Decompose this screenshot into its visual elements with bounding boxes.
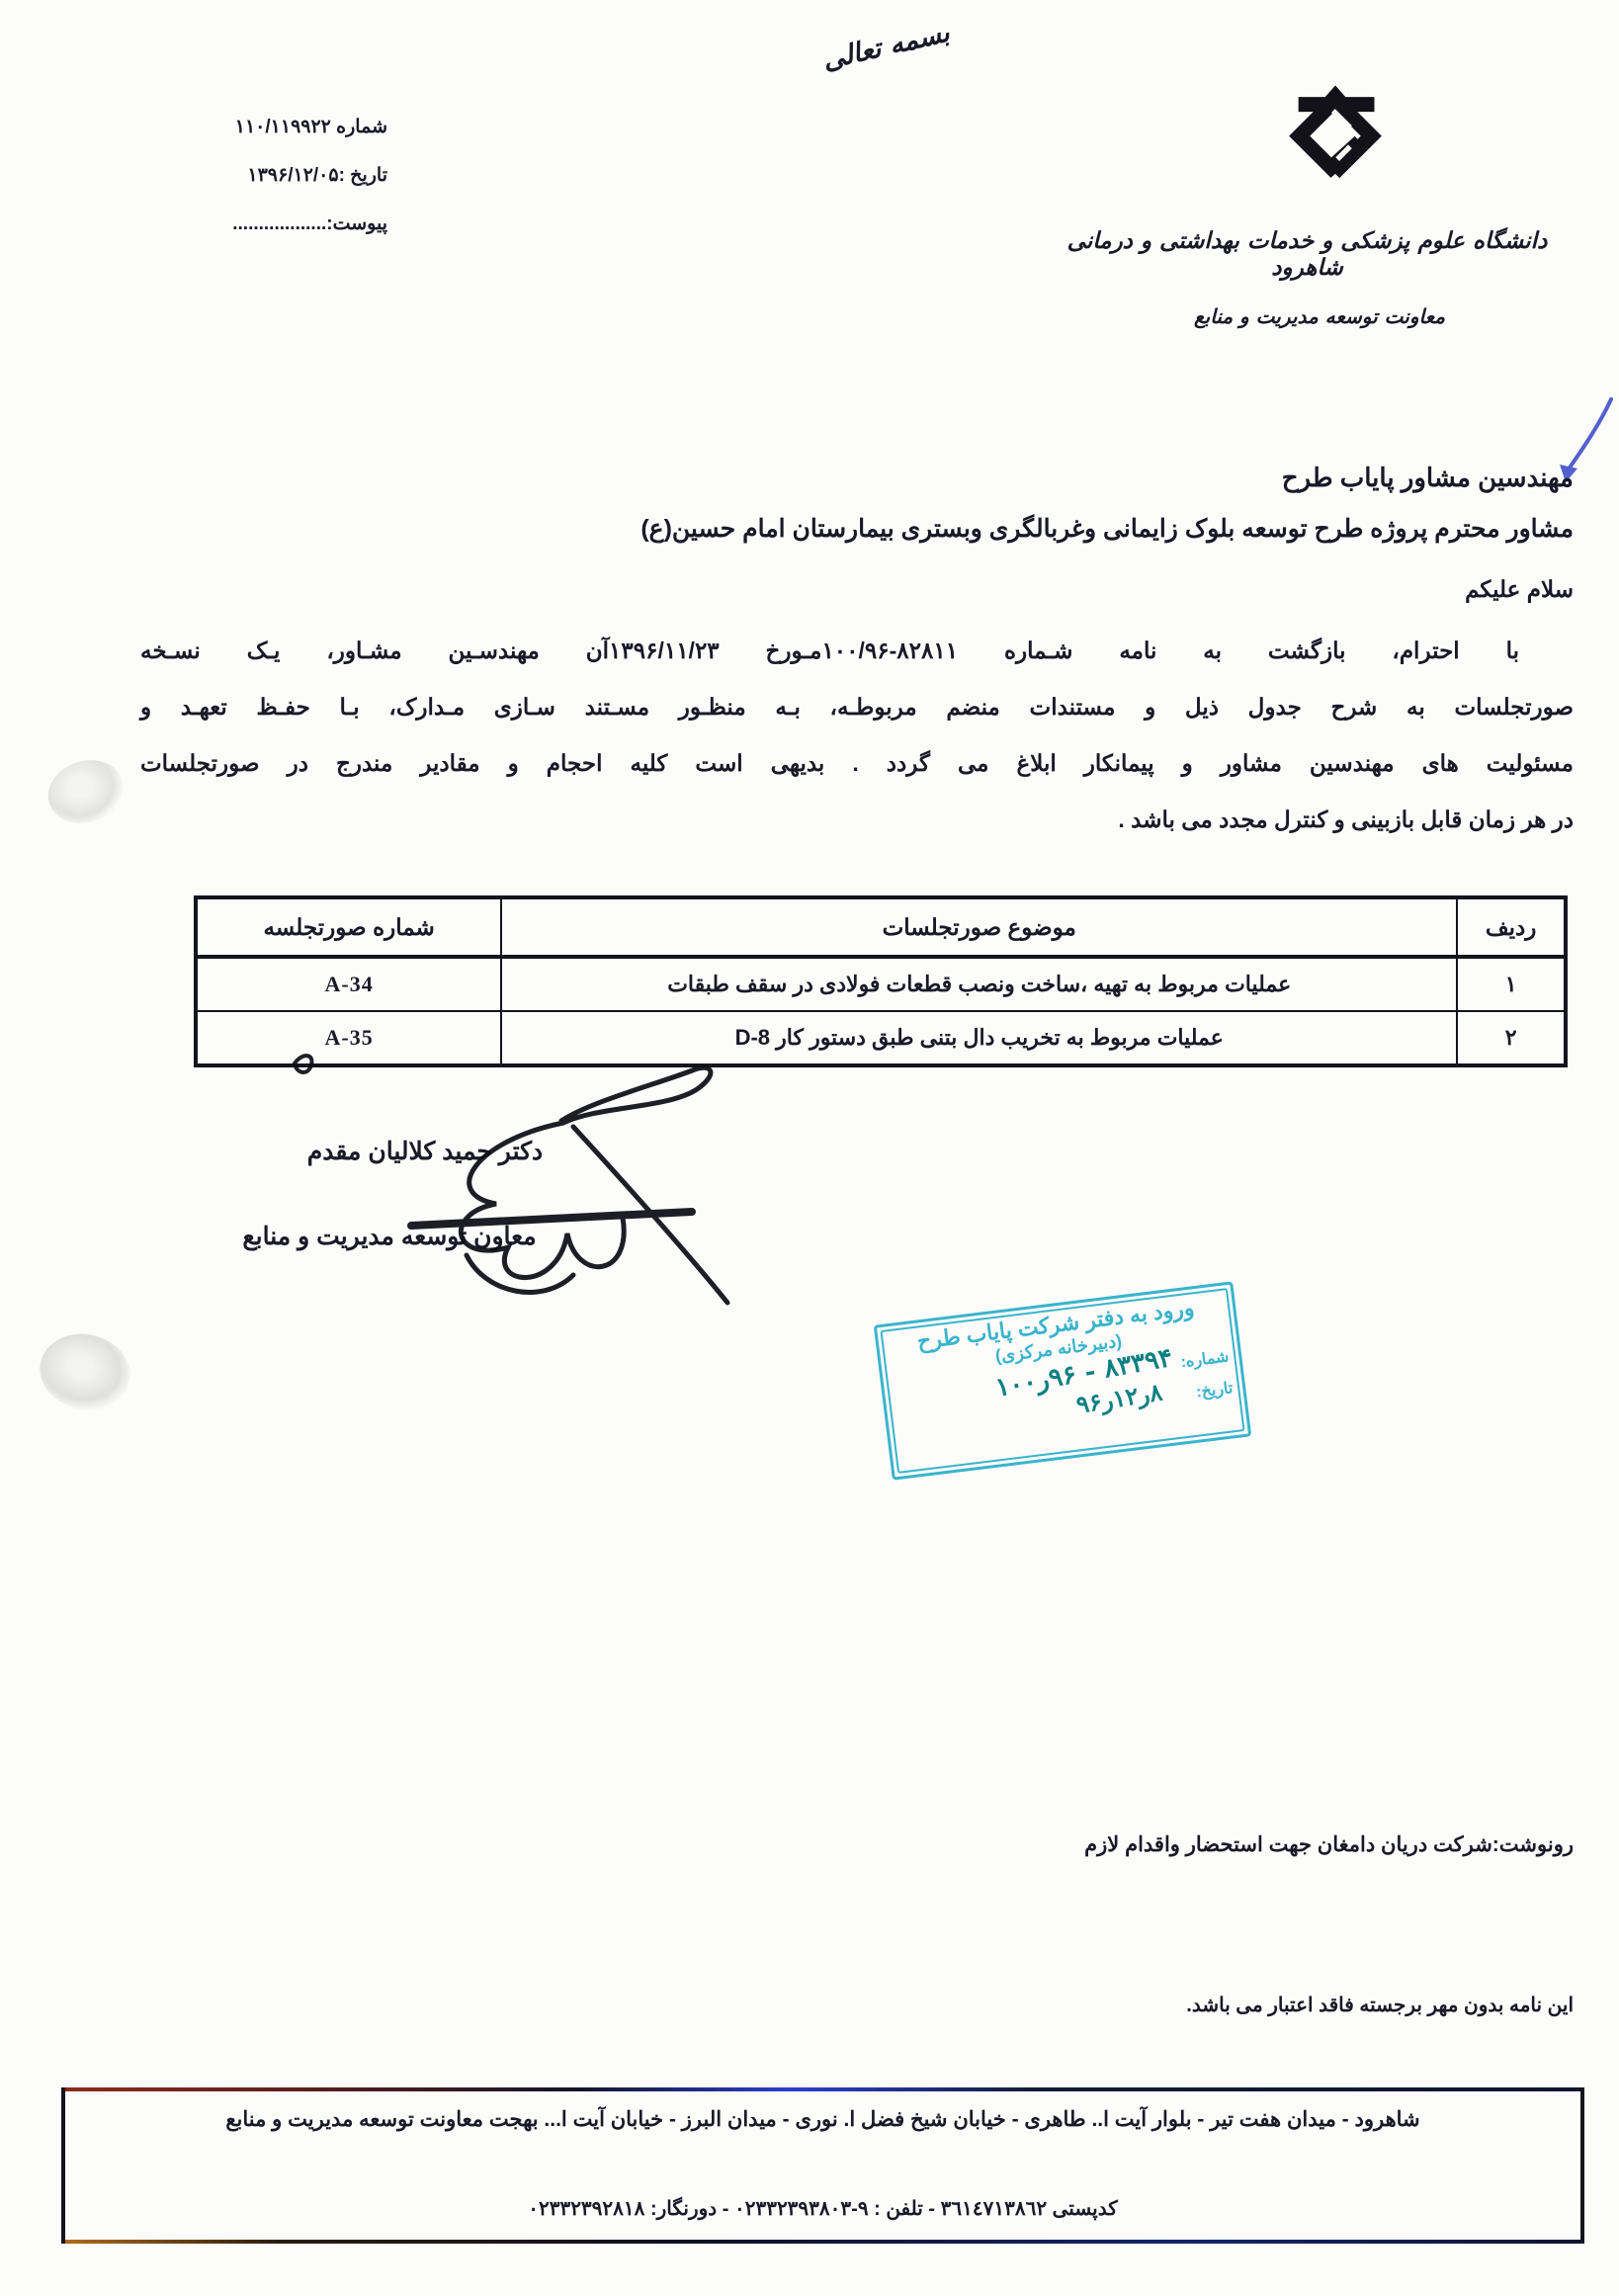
cc-line: رونوشت:شرکت دریان دامغان جهت استحضار واق… — [890, 1832, 1574, 1857]
university-logo — [1272, 79, 1399, 206]
stamp-date-label: تاریخ: — [1194, 1372, 1234, 1402]
footer-address-box: شاهرود - میدان هفت تیر - بلوار آیت ا.. ط… — [61, 2087, 1584, 2244]
body-line-1: با احترام، بازگشت به نامه شـماره ۸۲۸۱۱-۱… — [140, 623, 1574, 679]
cell-row-number: ۱ — [1457, 957, 1566, 1011]
recipient-project: مشاور محترم پروژه طرح توسعه بلوک زایمانی… — [593, 514, 1574, 544]
letter-body: با احترام، بازگشت به نامه شـماره ۸۲۸۱۱-۱… — [140, 623, 1574, 848]
footer-contacts: کدپستی ٣٦١٤٧١٣٨٦٢ - تلفن : ٩-٠٢٣٣٢٣٩٣٨٠٣… — [65, 2196, 1580, 2221]
cell-subject: عملیات مربوط به تهیه ،ساخت ونصب قطعات فو… — [501, 957, 1457, 1011]
deputy-name: معاونت توسعه مدیریت و منابع — [1166, 304, 1473, 328]
body-line-3: مسئولیت های مهندسین مشاور و پیمانکار ابل… — [140, 735, 1574, 792]
footer-bottom-rule — [65, 2240, 1580, 2244]
table-row: ۱ عملیات مربوط به تهیه ،ساخت ونصب قطعات … — [196, 957, 1566, 1011]
body-line-2: صورتجلسات به شرح جدول ذیل و مستندات منضم… — [140, 679, 1574, 735]
letter-attachment: پیوست:.................. — [138, 200, 387, 248]
letter-meta: شماره ۱۱۰/۱۱۹۹۲۲ تاریخ :۱۳۹۶/۱۲/۰۵ پیوست… — [138, 103, 387, 248]
footer-top-rule — [65, 2087, 1580, 2091]
header-minute-number: شماره صورتجلسه — [196, 897, 501, 957]
minutes-table: ردیف موضوع صورتجلسات شماره صورتجلسه ۱ عم… — [194, 895, 1568, 1067]
validity-note: این نامه بدون مهر برجسته فاقد اعتبار می … — [890, 1993, 1574, 2017]
signature-scribble — [265, 1044, 744, 1320]
office-entry-stamp: ورود به دفتر شرکت پایاب طرح (دبیرخانه مر… — [874, 1281, 1252, 1480]
cell-minute-number: A-34 — [196, 957, 501, 1011]
knot-logo-icon — [1272, 79, 1399, 206]
header-row-number: ردیف — [1457, 897, 1566, 957]
stamp-number-label: شماره: — [1179, 1340, 1231, 1372]
scanned-letter-page: شماره ۱۱۰/۱۱۹۹۲۲ تاریخ :۱۳۹۶/۱۲/۰۵ پیوست… — [0, 0, 1619, 2296]
footer-address: شاهرود - میدان هفت تیر - بلوار آیت ا.. ط… — [65, 2107, 1580, 2132]
header-subject: موضوع صورتجلسات — [501, 897, 1457, 957]
scan-artifact-clip-top — [40, 750, 131, 832]
salutation: سلام علیکم — [593, 576, 1574, 603]
recipient-company: مهندسین مشاور پایاب طرح — [593, 463, 1574, 493]
bismillah-calligraphy: بسمه تعالی — [801, 18, 952, 81]
letter-date: تاریخ :۱۳۹۶/۱۲/۰۵ — [138, 151, 387, 200]
cell-row-number: ۲ — [1457, 1011, 1566, 1065]
scan-artifact-clip-bottom — [33, 1325, 137, 1417]
body-line-4: در هر زمان قابل بازبینی و کنترل مجدد می … — [140, 792, 1574, 848]
university-name: دانشگاه علوم پزشکی و خدمات بهداشتی و درم… — [1028, 227, 1586, 281]
letter-number: شماره ۱۱۰/۱۱۹۹۲۲ — [138, 103, 387, 151]
table-header-row: ردیف موضوع صورتجلسات شماره صورتجلسه — [196, 897, 1566, 957]
